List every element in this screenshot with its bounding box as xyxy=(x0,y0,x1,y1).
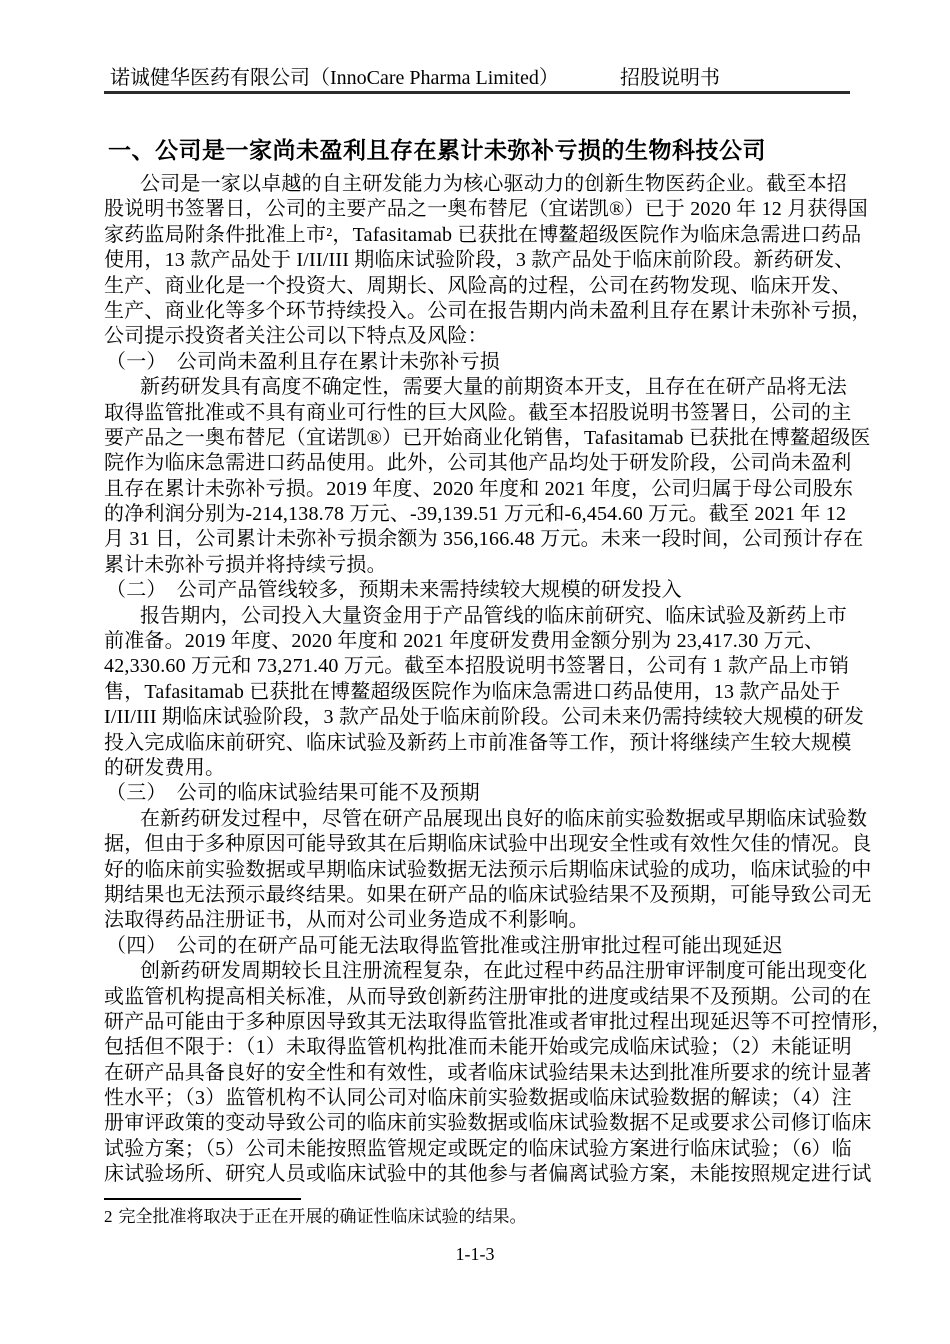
text-line: 或监管机构提高相关标准，从而导致创新药注册审批的进度或结果不及预期。公司的在 xyxy=(104,985,846,1010)
text-line: 的研发费用。 xyxy=(104,756,846,781)
text-line: 且存在累计未弥补亏损。2019 年度、2020 年度和 2021 年度，公司归属… xyxy=(104,477,846,502)
text-line: 前准备。2019 年度、2020 年度和 2021 年度研发费用金额分别为 23… xyxy=(104,629,846,654)
text-line: 家药监局附条件批准上市²，Tafasitamab 已获批在博鳌超级医院作为临床急… xyxy=(104,223,846,248)
text-line: 在新药研发过程中，尽管在研产品展现出良好的临床前实验数据或早期临床试验数 xyxy=(104,807,846,832)
text-line: 期结果也无法预示最终结果。如果在研产品的临床试验结果不及预期，可能导致公司无 xyxy=(104,883,846,908)
text-line: 册审评政策的变动导致公司的临床前实验数据或临床试验数据不足或要求公司修订临床 xyxy=(104,1111,846,1136)
footnote: 2完全批准将取决于正在开展的确证性临床试验的结果。 xyxy=(104,1206,527,1228)
text-line: 院作为临床急需进口药品使用。此外，公司其他产品均处于研发阶段，公司尚未盈利 xyxy=(104,451,846,476)
text-line: 使用，13 款产品处于 I/II/III 期临床试验阶段，3 款产品处于临床前阶… xyxy=(104,248,846,273)
text-line: 试验方案；（5）公司未能按照监管规定或既定的临床试验方案进行临床试验；（6）临 xyxy=(104,1137,846,1162)
text-line: 投入完成临床前研究、临床试验及新药上市前准备等工作，预计将继续产生较大规模 xyxy=(104,731,846,756)
text-line: 取得监管批准或不具有商业可行性的巨大风险。截至本招股说明书签署日，公司的主 xyxy=(104,401,846,426)
subsection-heading: （二） 公司产品管线较多，预期未来需持续较大规模的研发投入 xyxy=(104,578,846,603)
text-line: 报告期内，公司投入大量资金用于产品管线的临床前研究、临床试验及新药上市 xyxy=(104,604,846,629)
subsection-heading: （四） 公司的在研产品可能无法取得监管批准或注册审批过程可能出现延迟 xyxy=(104,934,846,959)
text-line: 生产、商业化是一个投资大、周期长、风险高的过程，公司在药物发现、临床开发、 xyxy=(104,274,846,299)
document-body: 公司是一家以卓越的自主研发能力为核心驱动力的创新生物医药企业。截至本招股说明书签… xyxy=(104,172,846,1188)
prospectus-page: 诺诚健华医药有限公司（InnoCare Pharma Limited） 招股说明… xyxy=(0,0,950,1344)
subsection-heading: （一） 公司尚未盈利且存在累计未弥补亏损 xyxy=(104,350,846,375)
header-company-name: 诺诚健华医药有限公司（InnoCare Pharma Limited） xyxy=(110,66,559,90)
text-line: 42,330.60 万元和 73,271.40 万元。截至本招股说明书签署日，公… xyxy=(104,654,846,679)
text-line: 据，但由于多种原因可能导致其在后期临床试验中出现安全性或有效性欠佳的情况。良 xyxy=(104,832,846,857)
page-number: 1-1-3 xyxy=(0,1243,950,1265)
text-line: 新药研发具有高度不确定性，需要大量的前期资本开支，且存在在研产品将无法 xyxy=(104,375,846,400)
text-line: 售，Tafasitamab 已获批在博鳌超级医院作为临床急需进口药品使用，13 … xyxy=(104,680,846,705)
text-line: 性水平；（3）监管机构不认同公司对临床前实验数据或临床试验数据的解读；（4）注 xyxy=(104,1086,846,1111)
text-line: 在研产品具备良好的安全性和有效性，或者临床试验结果未达到批准所要求的统计显著 xyxy=(104,1061,846,1086)
text-line: 创新药研发周期较长且注册流程复杂，在此过程中药品注册审评制度可能出现变化 xyxy=(104,959,846,984)
footnote-rule xyxy=(104,1198,301,1200)
text-line: 要产品之一奥布替尼（宜诺凯®）已开始商业化销售，Tafasitamab 已获批在… xyxy=(104,426,846,451)
text-line: 生产、商业化等多个环节持续投入。公司在报告期内尚未盈利且存在累计未弥补亏损， xyxy=(104,299,846,324)
text-line: 股说明书签署日，公司的主要产品之一奥布替尼（宜诺凯®）已于 2020 年 12 … xyxy=(104,197,846,222)
subsection-heading: （三） 公司的临床试验结果可能不及预期 xyxy=(104,781,846,806)
text-line: 的净利润分别为-214,138.78 万元、-39,139.51 万元和-6,4… xyxy=(104,502,846,527)
header-rule xyxy=(104,91,850,94)
text-line: 研产品可能由于多种原因导致其无法取得监管批准或者审批过程出现延迟等不可控情形， xyxy=(104,1010,846,1035)
header-doc-type: 招股说明书 xyxy=(620,66,720,90)
text-line: 好的临床前实验数据或早期临床试验数据无法预示后期临床试验的成功，临床试验的中 xyxy=(104,858,846,883)
text-line: I/II/III 期临床试验阶段，3 款产品处于临床前阶段。公司未来仍需持续较大… xyxy=(104,705,846,730)
footnote-text: 完全批准将取决于正在开展的确证性临床试验的结果。 xyxy=(119,1207,527,1226)
text-line: 累计未弥补亏损并将持续亏损。 xyxy=(104,553,846,578)
text-line: 月 31 日，公司累计未弥补亏损余额为 356,166.48 万元。未来一段时间… xyxy=(104,527,846,552)
footnote-marker: 2 xyxy=(104,1207,113,1226)
text-line: 床试验场所、研究人员或临床试验中的其他参与者偏离试验方案，未能按照规定进行试 xyxy=(104,1162,846,1187)
section-title: 一、公司是一家尚未盈利且存在累计未弥补亏损的生物科技公司 xyxy=(108,136,766,166)
text-line: 包括但不限于：（1）未取得监管机构批准而未能开始或完成临床试验；（2）未能证明 xyxy=(104,1035,846,1060)
text-line: 法取得药品注册证书，从而对公司业务造成不利影响。 xyxy=(104,908,846,933)
text-line: 公司是一家以卓越的自主研发能力为核心驱动力的创新生物医药企业。截至本招 xyxy=(104,172,846,197)
text-line: 公司提示投资者关注公司以下特点及风险： xyxy=(104,324,846,349)
